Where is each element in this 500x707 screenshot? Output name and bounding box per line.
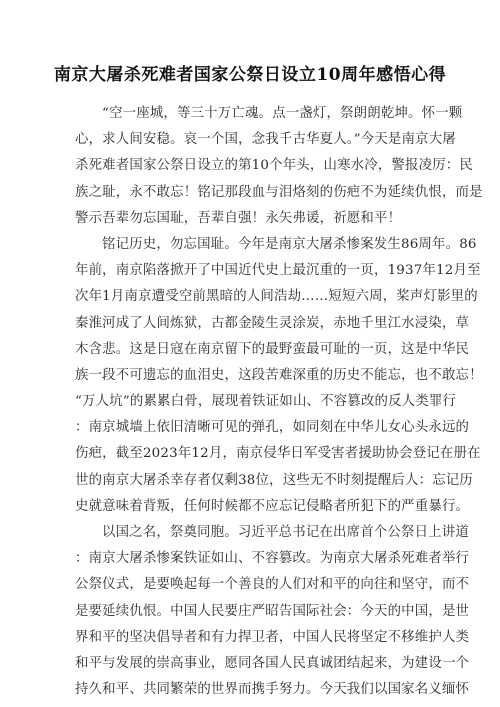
text-line: 次年1月南京遭受空前黑暗的人间浩劫……短短六周，桨声灯影里的 (75, 284, 427, 310)
document-title: 南京大屠杀死难者国家公祭日设立10周年感悟心得 (0, 60, 500, 85)
text-line: 世的南京大屠杀幸存者仅剩38位，这些无不时刻提醒后人：忘记历 (75, 468, 427, 494)
text-line: 铭记历史，勿忘国耻。今年是南京大屠杀惨案发生86周年。86 (75, 232, 427, 258)
document-body: “空一座城，等三十万亡魂。点一盏灯，祭朗朗乾坤。怀一颗 心，求人间安稳。哀一个国… (75, 101, 427, 703)
text-line: 是要延续仇恨。中国人民要庄严昭告国际社会：今天的中国，是世 (75, 599, 427, 625)
text-line: 界和平的坚决倡导者和有力捍卫者，中国人民将坚定不移维护人类 (75, 625, 427, 651)
text-line: 杀死难者国家公祭日设立的第10个年头，山寒水冷，警报凌厉：民 (75, 153, 427, 179)
text-line: 年前，南京陷落掀开了中国近代史上最沉重的一页，1937年12月至 (75, 258, 427, 284)
text-line: 族一段不可遗忘的血泪史，这段苦难深重的历史不能忘，也不敢忘！ (75, 363, 427, 389)
text-line: “空一座城，等三十万亡魂。点一盏灯，祭朗朗乾坤。怀一颗 (75, 101, 427, 127)
text-line: “万人坑”的累累白骨，展现着铁证如山、不容篡改的反人类罪行 (75, 389, 427, 415)
text-line: ：南京大屠杀惨案铁证如山、不容篡改。为南京大屠杀死难者举行 (75, 546, 427, 572)
text-line: 族之耻，永不敢忘！铭记那段血与泪烙刻的伤疤不为延续仇恨，而是 (75, 180, 427, 206)
text-line: 伤疤，截至2023年12月，南京侵华日军受害者援助协会登记在册在 (75, 441, 427, 467)
text-line: 木含悲。这是日寇在南京留下的最野蛮最可耻的一页，这是中华民 (75, 337, 427, 363)
text-line: 心，求人间安稳。哀一个国，念我千古华夏人。”今天是南京大屠 (75, 127, 427, 153)
text-line: 持久和平、共同繁荣的世界而携手努力。今天我们以国家名义缅怀 (75, 677, 427, 703)
text-line: 警示吾辈勿忘国耻，吾辈自强！永矢弗谖，祈愿和平！ (75, 206, 427, 232)
text-line: 公祭仪式，是要唤起每一个善良的人们对和平的向往和坚守，而不 (75, 572, 427, 598)
text-line: 和平与发展的崇高事业，愿同各国人民真诚团结起来，为建设一个 (75, 651, 427, 677)
text-line: 秦淮河成了人间炼狱，古都金陵生灵涂炭，赤地千里江水浸染，草 (75, 311, 427, 337)
text-line: 以国之名，祭奠同胞。习近平总书记在出席首个公祭日上讲道 (75, 520, 427, 546)
text-line: ：南京城墙上依旧清晰可见的弹孔，如同刻在中华儿女心头永远的 (75, 415, 427, 441)
text-line: 史就意味着背叛，任何时候都不应忘记侵略者所犯下的严重暴行。 (75, 494, 427, 520)
